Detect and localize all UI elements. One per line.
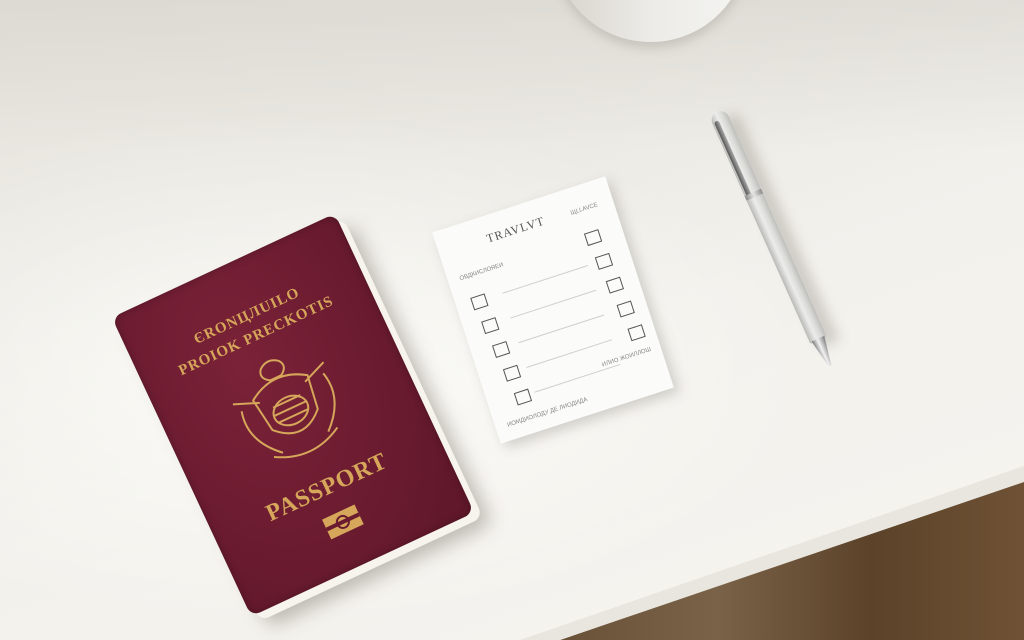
biometric-chip-icon [322,504,364,539]
desk-scene: ЄRONЦЛUILO PROIOK PRECKOTIS PASSPORT [0,0,1024,640]
checkbox[interactable] [470,293,488,310]
checkbox[interactable] [481,317,499,334]
checkbox-right[interactable] [584,229,602,246]
checklist-title: TRAVLVT [485,214,547,247]
checklist-header-right: ЩLLAVCE [570,202,599,216]
checkbox[interactable] [492,341,510,358]
checkbox[interactable] [503,365,521,382]
checklist-subheader: ОВДКИСЛОЯЕИ [459,262,504,282]
checklist-line [534,364,620,393]
checkbox[interactable] [514,389,532,406]
